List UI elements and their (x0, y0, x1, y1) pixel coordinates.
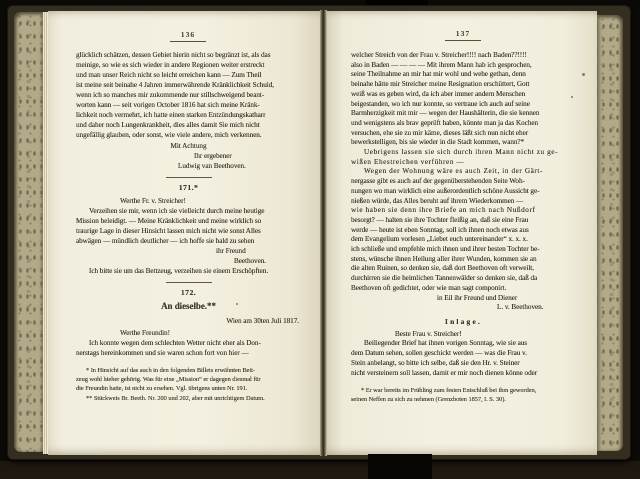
footnote-line: zeug wohl hieher gehörig. Was für eine „… (76, 375, 301, 384)
letter-body-line-spaced: Wegen der Wohnung wäre es auch Zeit, in … (351, 167, 576, 177)
letter-body-line: dem Datum sehen, sollen geschickt werden… (351, 349, 576, 359)
footnote-line: * Er war bereits im Frühling zum festen … (351, 386, 576, 395)
book-gutter-fold (320, 10, 327, 456)
scan-background-shelf (0, 461, 640, 479)
page-number-rule (170, 41, 206, 42)
letter-body-line: ungefällig glauben, oder sonst, wie viel… (76, 130, 301, 140)
letter-body-line-spaced: wißen Ehestreichen verführen — (351, 158, 576, 168)
letter-body-line: die alten Ruinen, so denken sie, daß dor… (351, 264, 576, 274)
page-number-text: 136 (181, 30, 195, 39)
letter-title-heading: An dieselbe.** (76, 301, 301, 311)
right-page-text-block: welcher Streich von der Frau v. Streiche… (351, 51, 576, 405)
letter-body-line: meinige, so wie es sich wieder in andere… (76, 60, 301, 70)
left-page-text-block: glücklich schätzen, dessen Gebiet hierin… (76, 50, 301, 403)
enclosure-heading: Inlage. (351, 317, 576, 327)
letter-body-line: besorgt? — halten sie ihre Tochter fleiß… (351, 216, 576, 226)
letter-number-heading: 171.* (76, 183, 301, 193)
letter-body-line: Beiliegender Brief hat ihnen vorigen Son… (351, 339, 576, 349)
letter-body-line: versuchen, ehe sie zu mir käme, dieses l… (351, 129, 576, 139)
letter-body-line: traurige Lage in dieser Hinsicht lassen … (76, 226, 301, 236)
letter-body-line: welcher Streich von der Frau v. Streiche… (351, 51, 576, 61)
letter-body-line: dem Evangelium vorlesen „Liebet euch unt… (351, 235, 576, 245)
letter-body-line: Verzeihen sie mir, wenn ich sie vielleic… (76, 206, 301, 216)
scan-notch-bottom (368, 454, 432, 479)
letter-body-line-spaced: wie haben sie denn ihre Briefe an mich n… (351, 206, 576, 216)
salutation: Werthe Fr. v. Streicher! (76, 196, 301, 206)
salutation: Werthe Freundin! (76, 328, 301, 338)
footnote-line: die Freundin hatte, ist nicht zu ersehen… (76, 384, 301, 393)
letter-body-line: werde — heute ist eben Sonntag, soll ich… (351, 226, 576, 236)
fore-edge-left-marbled (14, 12, 44, 452)
letter-body-line: nergasse gibt es auch auf der gegenübers… (351, 177, 576, 187)
letter-body-line: und daher noch Lungenkrankheit, dies all… (76, 120, 301, 130)
signature-name: Ludwig van Beethoven. (76, 161, 301, 171)
letter-body-line: Beethoven oft gedichtet, oder wie man sa… (351, 284, 576, 294)
section-divider-rule (166, 177, 212, 178)
letter-body-line: Mission beleidigt. — Meine Kränklichkeit… (76, 216, 301, 226)
letter-body-line: durchirren sie die heimlichen Tannenwäld… (351, 274, 576, 284)
signature-name: L. v. Beethoven. (351, 303, 576, 313)
letter-body-line: weiß was es geben wird, da ich aber imme… (351, 90, 576, 100)
footnote-line: * In Hinsicht auf das auch in den folgen… (76, 366, 301, 375)
signature-name: Beethoven. (76, 256, 301, 266)
page-number-rule (445, 40, 481, 41)
book-scan: 136 137 glücklich schätzen, dessen Gebie… (0, 0, 640, 479)
letter-body-line: Barmherzigkeit mit mir — wegen der Haush… (351, 109, 576, 119)
letter-body-line: also in Baden — — — — Mit ihrem Mann hab… (351, 61, 576, 71)
section-divider-rule (166, 282, 212, 283)
letter-body-line: nießen würde, das Alles beruht auf ihrem… (351, 197, 576, 207)
letter-body-line: und wenigstens als brav geprüft haben, k… (351, 119, 576, 129)
letter-body-line: abwägen — mündlich deutlicher — ich hoff… (76, 236, 301, 246)
paper-speck (582, 73, 585, 76)
signature-role: ihr Freund (76, 246, 301, 256)
footnote-line: seinen Neffen zu sich zu nehmen (Grenzbo… (351, 395, 576, 404)
footnote-line: ** Stückweis Br. Beeth. Nr. 200 und 202,… (76, 394, 301, 403)
letter-body-line: ich schließe und empfehle mich ihnen und… (351, 245, 576, 255)
letter-body-line: beigestanden, wo ich nur konnte, so vert… (351, 100, 576, 110)
fore-edge-right-marbled (597, 15, 623, 451)
letter-body-line: ist meine seit beinahe 4 Jahren immerwäh… (76, 80, 301, 90)
letter-number-heading: 172. (76, 288, 301, 298)
letter-body-line: beinahe hätte mir Streicher meine Resign… (351, 80, 576, 90)
letter-closing: in Eil ihr Freund und Diener (351, 294, 576, 304)
footnote-block: * In Hinsicht auf das auch in den folgen… (76, 366, 301, 403)
letter-body-line: nungen wo man wirklich eine außerordentl… (351, 187, 576, 197)
letter-body-line: Stein anbelangt, so bitte ich selbe, daß… (351, 359, 576, 369)
letter-body-line: seine Theilnahme an mir hat mir wohl und… (351, 70, 576, 80)
letter-body-line: stens, wünsche ihnen Heilung aller ihrer… (351, 255, 576, 265)
letter-body-line: nerstags hereinkommen und sie waren scho… (76, 348, 301, 358)
letter-postscript: Ich bitte sie um das Bettzeug, verzeihen… (76, 266, 301, 276)
letter-body-line: und man unser Reich nicht so leicht erre… (76, 70, 301, 80)
salutation: Beste Frau v. Streicher! (351, 330, 576, 340)
page-number-text: 137 (456, 29, 470, 38)
letter-body-line: wenn ich so manches mir zukommende nur s… (76, 90, 301, 100)
letter-body-line: Ich konnte wegen dem schlechten Wetter n… (76, 338, 301, 348)
page-number-right: 137 (351, 29, 575, 41)
letter-closing: Mit Achtung (76, 141, 301, 151)
letter-body-line: worten kann — seit vorigen October 1816 … (76, 100, 301, 110)
letter-body-line: nicht versteinern soll lassen, damit er … (351, 369, 576, 379)
page-number-left: 136 (76, 30, 300, 42)
letter-body-line: lichkeit noch vermehrt, ich hatte einen … (76, 110, 301, 120)
signature-role: Ihr ergebener (76, 151, 301, 161)
footnote-block: * Er war bereits im Frühling zum festen … (351, 386, 576, 404)
letter-body-line: glücklich schätzen, dessen Gebiet hierin… (76, 50, 301, 60)
letter-body-line-spaced: Uebrigens lassen sie sich durch ihren Ma… (351, 148, 576, 158)
dateline: Wien am 30ten Juli 1817. (76, 316, 301, 326)
letter-body-line: bewerkstelligen, bis sie wieder in die S… (351, 138, 576, 148)
